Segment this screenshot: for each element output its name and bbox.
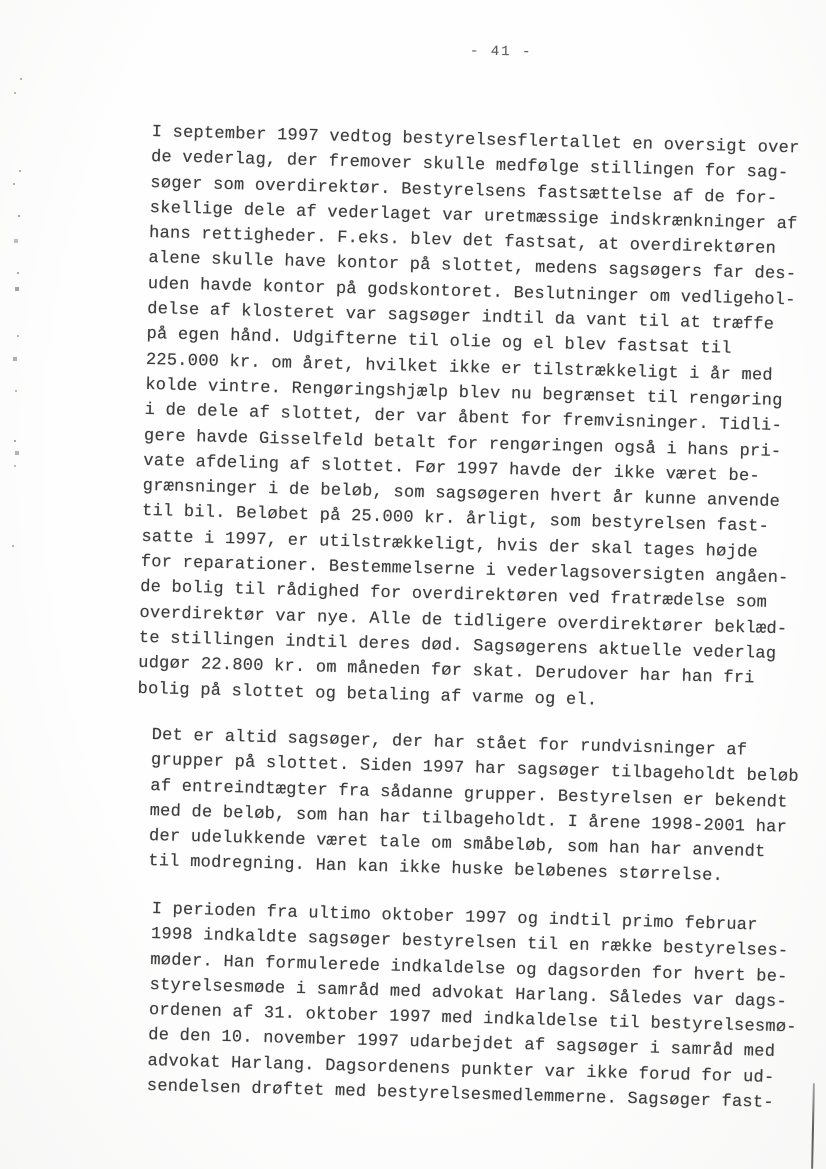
page-number: - 41 - [470, 44, 533, 61]
paragraph-remuneration-overview: I september 1997 vedtog bestyrelsesflert… [137, 120, 826, 719]
paragraph-guided-tours: Det er altid sagsøger, der har stået for… [148, 723, 826, 892]
paragraph-board-meetings: I perioden fra ultimo oktober 1997 og in… [147, 897, 826, 1118]
scan-artifact-vertical-line [811, 1083, 815, 1169]
scan-artifact-specks [0, 0, 2, 2]
document-body: I september 1997 vedtog bestyrelsesflert… [152, 120, 826, 1120]
scanned-document-page: - 41 - I september 1997 vedtog bestyrels… [0, 0, 826, 1169]
